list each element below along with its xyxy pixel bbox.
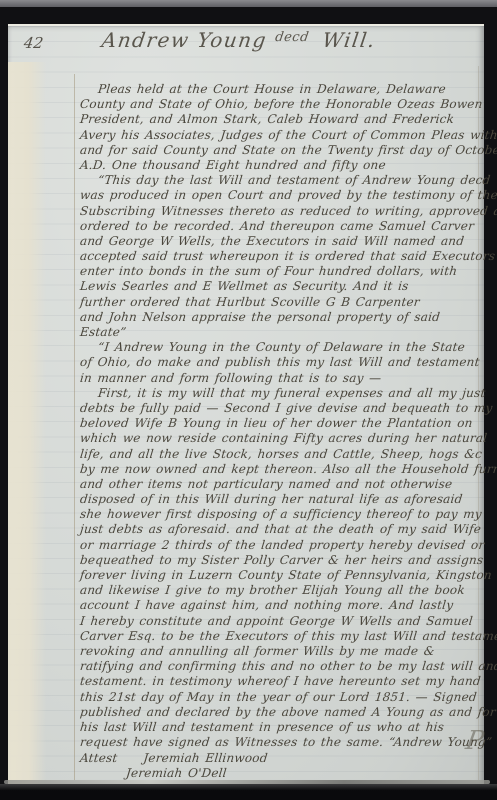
- text-line: by me now owned and kept thereon. Also a…: [79, 462, 483, 477]
- text-line: Lewis Searles and E Wellmet as Security.…: [79, 279, 483, 294]
- paragraph: First, it is my will that my funeral exp…: [80, 386, 482, 751]
- text-line: accepted said trust whereupon it is orde…: [79, 249, 483, 264]
- witness-signature: Jeremiah Ellinwood: [143, 751, 269, 765]
- text-line: “I Andrew Young in the County of Delawar…: [79, 340, 483, 355]
- text-line: “This day the last Will and testament of…: [79, 173, 483, 188]
- text-line: forever living in Luzern County State of…: [79, 568, 483, 583]
- text-line: enter into bonds in the sum of Four hund…: [79, 264, 483, 279]
- text-line: First, it is my will that my funeral exp…: [79, 386, 483, 401]
- text-line: President, and Almon Stark, Caleb Howard…: [79, 112, 483, 127]
- text-line: Carver Esq. to be the Executors of this …: [79, 629, 483, 644]
- title-will-word: Will.: [321, 28, 378, 52]
- text-line: disposed of in this Will during her natu…: [79, 492, 483, 507]
- text-line: his last Will and testament in presence …: [79, 720, 483, 735]
- page-number: 42: [23, 34, 45, 52]
- text-line: revoking and annulling all former Wills …: [79, 644, 483, 659]
- text-line: this 21st day of May in the year of our …: [79, 690, 483, 705]
- attest-line: AttestJeremiah Ellinwood: [79, 751, 483, 766]
- text-line: testament. in testimony whereof I have h…: [79, 674, 483, 689]
- text-line: or marriage 2 thirds of the landed prope…: [79, 538, 483, 553]
- attestation-block: AttestJeremiah Ellinwood Jeremiah O'Dell: [80, 751, 482, 781]
- title-decedent-name: Andrew Young: [100, 28, 268, 52]
- text-line: further ordered that Hurlbut Scoville G …: [79, 295, 483, 310]
- text-line: and John Nelson appraise the personal pr…: [79, 310, 483, 325]
- text-line: beloved Wife B Young in lieu of her dowe…: [79, 416, 483, 431]
- text-line: Estate”: [79, 325, 483, 340]
- text-line: bequeathed to my Sister Polly Carver & h…: [79, 553, 483, 568]
- text-line: Avery his Associates, Judges of the Cour…: [79, 128, 483, 143]
- text-line: of Ohio, do make and publish this my las…: [79, 355, 483, 370]
- text-line: County and State of Ohio, before the Hon…: [79, 97, 483, 112]
- paragraph: “This day the last Will and testament of…: [80, 173, 482, 340]
- text-line: was produced in open Court and proved by…: [79, 188, 483, 203]
- text-line: just debts as aforesaid. and that at the…: [79, 522, 483, 537]
- text-line: I hereby constitute and appoint George W…: [79, 614, 483, 629]
- will-text: Pleas held at the Court House in Delawar…: [80, 82, 482, 782]
- text-line: in manner and form following that is to …: [79, 371, 483, 386]
- margin-rule-line: [74, 74, 75, 780]
- text-line: and for said County and State on the Twe…: [79, 143, 483, 158]
- text-line: Subscribing Witnesses thereto as reduced…: [79, 204, 483, 219]
- text-line: she however first disposing of a suffici…: [79, 507, 483, 522]
- page-header: 42 Andrew Young decdWill.: [8, 26, 484, 80]
- attest-label: Attest: [79, 751, 118, 765]
- text-line: A.D. One thousand Eight hundred and fift…: [79, 158, 483, 173]
- will-record-page: 42 Andrew Young decdWill. Pleas held at …: [8, 24, 484, 786]
- paragraph: Pleas held at the Court House in Delawar…: [80, 82, 482, 173]
- text-line: request have signed as Witnesses to the …: [79, 735, 483, 750]
- title-decd-abbrev: decd: [274, 30, 310, 45]
- text-line: debts be fully paid — Second I give devi…: [79, 401, 483, 416]
- text-line: and other items not particulary named an…: [79, 477, 483, 492]
- text-line: Pleas held at the Court House in Delawar…: [79, 82, 483, 97]
- text-line: and likewise I give to my brother Elijah…: [79, 583, 483, 598]
- paragraph: “I Andrew Young in the County of Delawar…: [80, 340, 482, 386]
- text-line: and George W Wells, the Executors in sai…: [79, 234, 483, 249]
- text-line: published and declared by the above name…: [79, 705, 483, 720]
- book-edge-top: [0, 0, 497, 7]
- text-line: account I have against him, and nothing …: [79, 598, 483, 613]
- text-line: life, and all the live Stock, horses and…: [79, 447, 483, 462]
- text-line: ordered to be recorded. And thereupon ca…: [79, 219, 483, 234]
- book-edge-bottom: [0, 784, 497, 800]
- text-line: which we now reside containing Fifty acr…: [79, 431, 483, 446]
- underlying-page-edge: [8, 62, 46, 786]
- page-title: Andrew Young decdWill.: [100, 28, 377, 52]
- text-line: ratifying and confirming this and no oth…: [79, 659, 483, 674]
